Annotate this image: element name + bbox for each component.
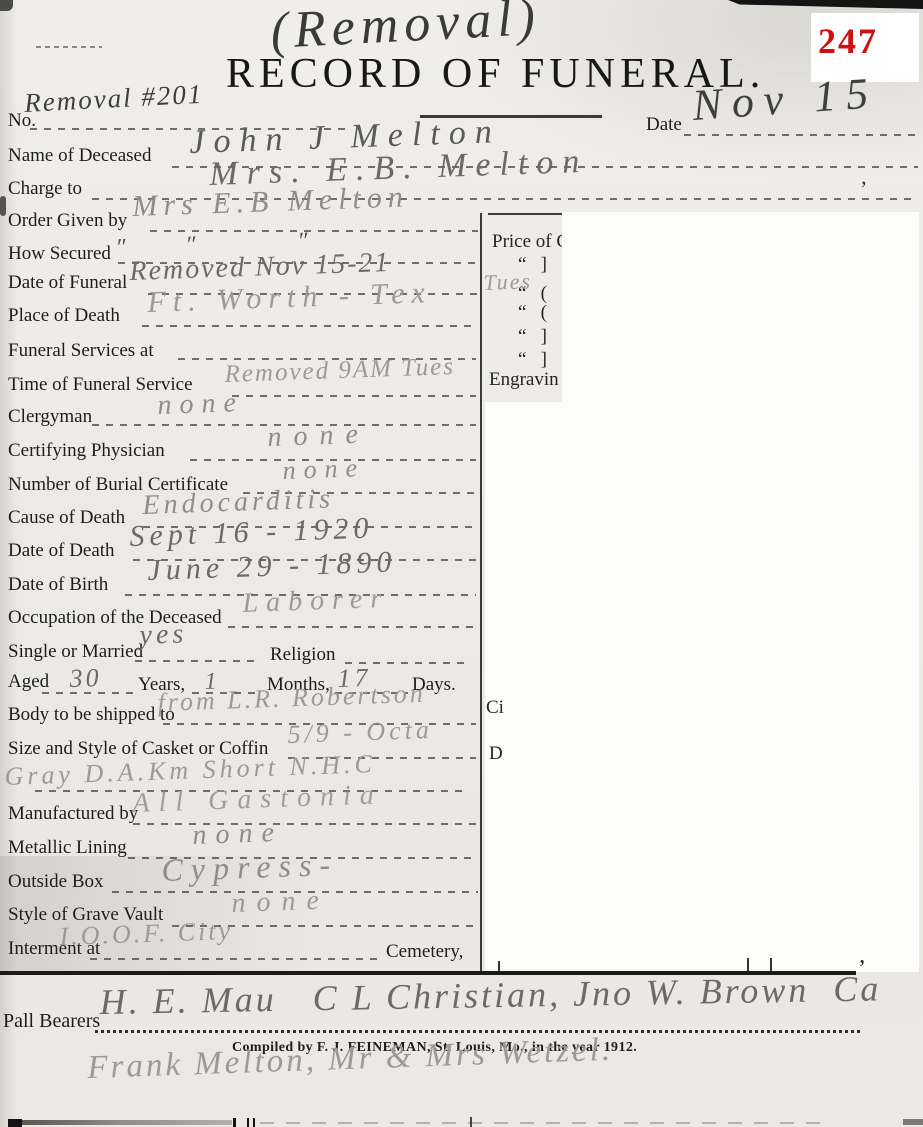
aged-years-value: 30 [69,665,102,692]
dotted-line [135,660,255,662]
field-label: Cause of Death [8,507,125,529]
field-label: Name of Deceased [8,145,151,167]
interment-value: I.O.O.F. City [59,918,233,950]
date-fragment: D [489,743,503,765]
cemetery-label: Cemetery, [386,941,463,963]
price-column-label: Price of C [492,231,569,253]
field-label: Body to be shipped to [8,704,175,726]
field-value: none [267,420,370,452]
scan-mark-dash [36,46,102,48]
field-label: Funeral Services at [8,340,154,362]
field-value: June 29 - 1890 [147,547,397,586]
field-label: Outside Box [8,871,104,893]
tick-mark [747,958,749,971]
field-value: from L.R. Robertson [157,681,426,716]
date-label: Date [646,114,682,136]
scan-edge-bottom-band [22,1120,232,1125]
field-value: Ft. Worth - Tex [147,278,432,318]
funeral-record-scan: 247 (Removal) RECORD OF FUNERAL. No. Rem… [0,0,923,1127]
field-label: Date of Death [8,540,115,562]
stray-tick-mark: ’ [860,176,867,202]
dotted-line [95,1030,862,1033]
aged-label: Aged [8,671,49,693]
tick-mark [770,958,772,971]
ditto-row: “ ] [518,349,547,371]
single-married-label: Single or Married [8,641,143,663]
field-label: Order Given by [8,210,127,232]
field-value: Removed 9AM Tues [224,354,455,387]
field-value: 5/9 - Octa [287,717,433,748]
scan-edge-bottom-right [903,1119,923,1125]
field-label: Certifying Physician [8,440,165,462]
scan-mark-left-edge [0,196,6,216]
dotted-line [142,325,472,327]
scan-smudge-top-left [0,0,13,11]
dotted-line [232,395,476,397]
engraving-label: Engravin [489,369,559,391]
field-value: none [231,887,330,918]
scan-edge-top-right [728,0,923,9]
scan-edge-bottom-faint [260,1122,820,1124]
white-overlay-lower [485,402,919,972]
field-value: Cypress- [161,848,339,886]
field-value: Sept 16 - 1920 [129,513,374,552]
single-married-value: yes [139,620,188,650]
field-value: Laborer [242,585,390,618]
ditto-row: “ ( [518,302,547,324]
pall-bearers-label: Pall Bearers [3,1010,100,1033]
date-value: Nov 15 [691,71,880,128]
dotted-line [684,134,920,136]
white-overlay-upper [562,212,919,402]
tick-mark [233,1118,236,1127]
field-value: none [282,455,365,484]
field-value: none [157,389,244,420]
field-label: Place of Death [8,305,120,327]
field-label: Metallic Lining [8,837,127,859]
ditto-row: “ ] [518,326,547,348]
field-value: none [192,819,283,850]
no-value: Removal #201 [24,81,204,117]
religion-label: Religion [270,644,335,666]
field-label: Date of Birth [8,574,108,596]
page-number: 247 [818,20,878,62]
tues-fragment: Tues [483,270,532,294]
extra-handwriting: Frank Melton, Mr & Mrs Wetzel. [87,1034,614,1085]
dotted-line [228,626,476,628]
city-fragment: Ci [486,697,504,719]
price-box-top-rule [488,213,562,215]
field-label: Date of Funeral [8,272,127,294]
field-label: Clergyman [8,406,92,428]
column-divider-rule [480,213,482,972]
scan-edge-bottom-block [8,1119,22,1127]
tick-mark [253,1118,255,1127]
field-value: All Gastonia [132,781,383,818]
dotted-line [133,823,478,825]
dotted-line [90,958,384,960]
field-label: Charge to [8,178,82,200]
pall-bearers-value: H. E. Mau C L Christian, Jno W. Brown Ca [99,970,881,1020]
tick-mark [498,961,500,971]
field-label: Occupation of the Deceased [8,607,222,629]
tick-mark [470,1117,472,1127]
tick-mark [247,1118,249,1127]
field-value: Mrs E.B Melton [132,182,409,222]
field-label: How Secured [8,243,111,265]
field-label: Manufactured by [8,803,138,825]
